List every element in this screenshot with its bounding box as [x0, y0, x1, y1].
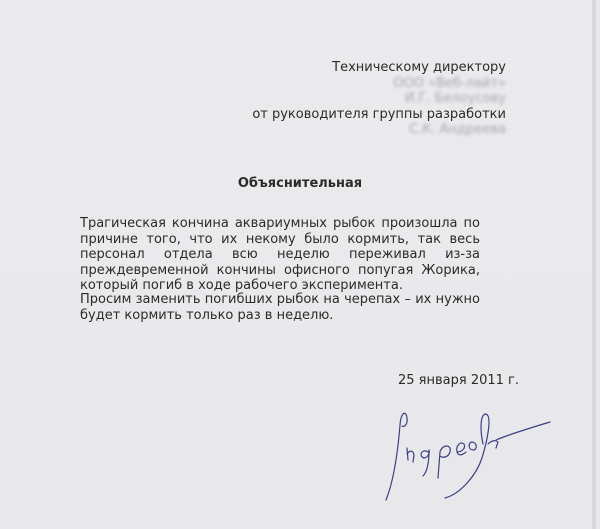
addressee-block: Техническому директору ООО «Веб-лайт» И.…	[252, 60, 506, 138]
sender-title: от руководителя группы разработки	[252, 107, 506, 123]
signature-icon	[380, 400, 580, 510]
paragraph-request: Просим заменить погибших рыбок на черепа…	[80, 292, 480, 323]
document-title: Объяснительная	[0, 176, 600, 191]
paragraph-explanation: Трагическая кончина аквариумных рыбок пр…	[80, 216, 480, 294]
page-edge	[592, 0, 596, 529]
sender-name-redacted: С.К. Андреева	[252, 122, 506, 138]
document-date: 25 января 2011 г.	[398, 373, 519, 388]
document-page: Техническому директору ООО «Веб-лайт» И.…	[0, 0, 596, 529]
addressee-name-redacted: И.Г. Белоусову	[252, 91, 506, 107]
addressee-title: Техническому директору	[252, 60, 506, 76]
addressee-company-redacted: ООО «Веб-лайт»	[252, 76, 506, 92]
